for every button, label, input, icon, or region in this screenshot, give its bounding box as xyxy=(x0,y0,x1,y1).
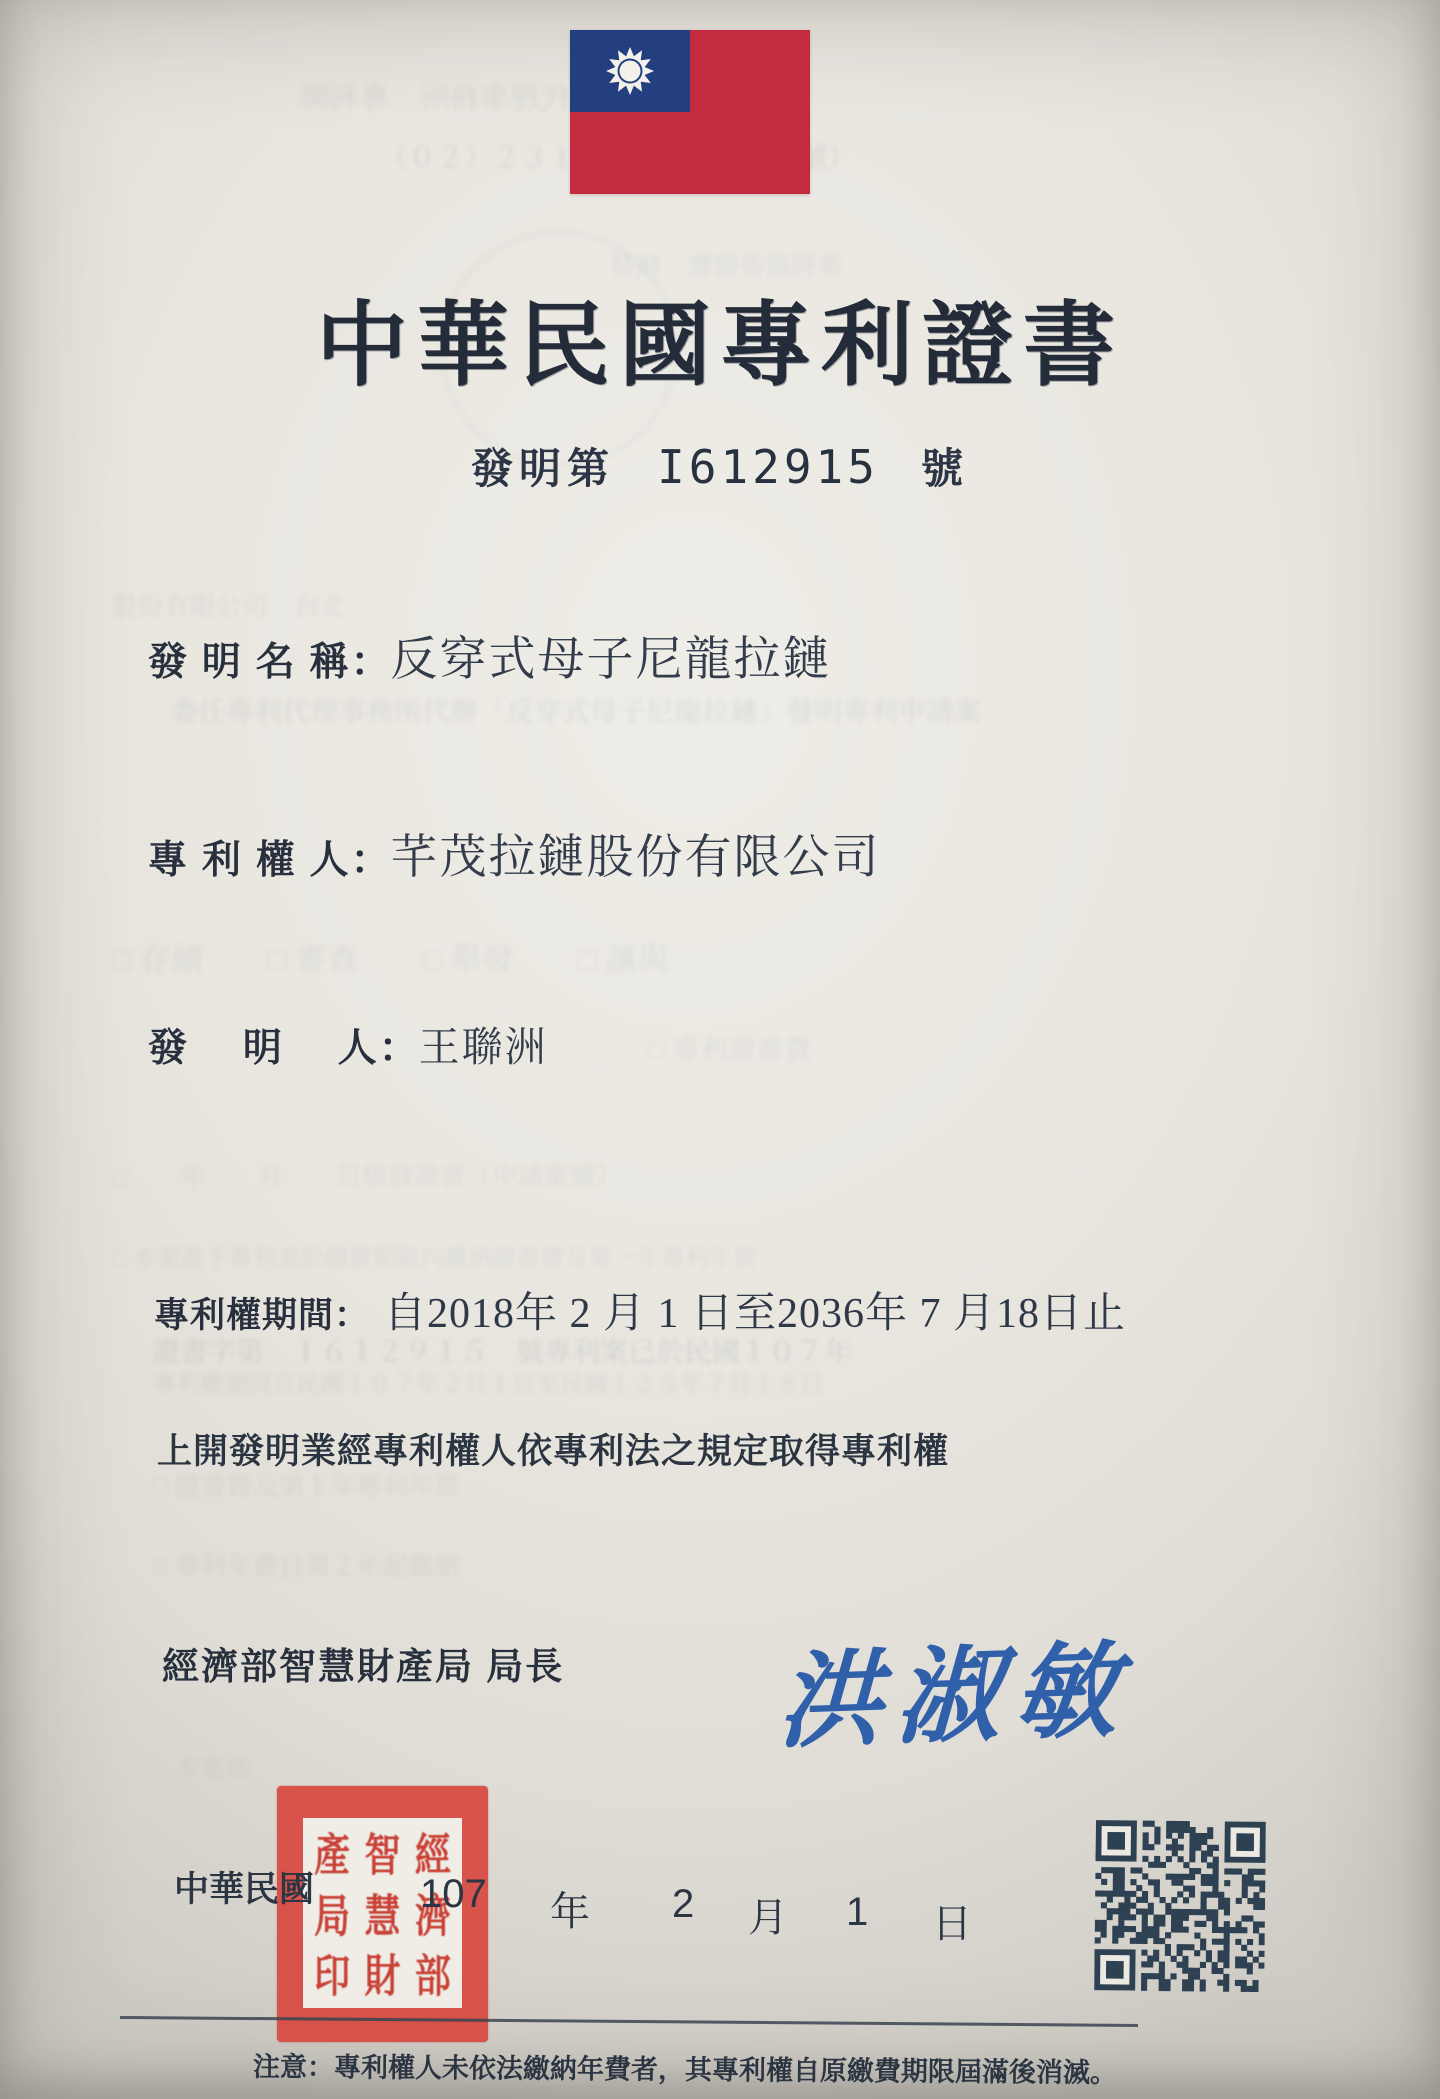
date-day: 1 xyxy=(846,1890,868,1935)
seal-character: 財 xyxy=(357,1936,407,2012)
white-sun-icon xyxy=(570,30,690,112)
bleedthrough-text: 委任專利代理事務所代辦「反穿式母子尼龍拉鏈」發明專利申請案 xyxy=(170,690,982,730)
bleedthrough-text: 專利權期間自民國１０７年２月１日至民國１２５年７月１８日 xyxy=(152,1364,824,1399)
patent-holder-label: 專 利 權 人 xyxy=(148,839,351,882)
issuer-agency-title: 經濟部智慧財產局 局長 xyxy=(162,1636,564,1690)
invention-name-label: 發 明 名 稱 xyxy=(148,641,351,684)
field-inventor: 發 明 人：王聯洲 xyxy=(148,1014,548,1073)
separator: ： xyxy=(351,639,391,684)
date-year-unit: 年 xyxy=(550,1880,590,1937)
seal-character: 印 xyxy=(307,1936,357,2012)
patent-term-value: 自2018年 2 月 1 日至2036年 7 月18日止 xyxy=(384,1291,1126,1337)
certificate-title: 中華民國專利證書 xyxy=(0,272,1440,404)
field-invention-name: 發 明 名 稱：反穿式母子尼龍拉鏈 xyxy=(148,622,832,689)
patent-number: I612915 xyxy=(657,440,879,494)
director-general-signature: 洪淑敏 xyxy=(775,1606,1134,1769)
field-patent-holder: 專 利 權 人：芊茂拉鏈股份有限公司 xyxy=(148,820,881,887)
qr-code xyxy=(1094,1819,1266,1993)
date-day-unit: 日 xyxy=(932,1892,972,1949)
bleedthrough-text: □ 本案准予專利並於繳費期限內繳納證書費及第一年專利年費 xyxy=(112,1238,757,1273)
taiwan-flag xyxy=(570,30,810,194)
patent-type-label: 發明第 xyxy=(471,436,615,496)
date-year: 107 xyxy=(420,1872,487,1917)
footer-note: 注意：專利權人未依法繳納年費者，其專利權自原繳費期限屆滿後消滅。 xyxy=(253,2045,1153,2090)
bleedthrough-text: □ 專利證書費 xyxy=(648,1028,812,1068)
date-era: 中華民國 xyxy=(174,1862,314,1912)
invention-name-value: 反穿式母子尼龍拉鏈 xyxy=(391,634,832,686)
bleedthrough-text: □ 本案係 xyxy=(152,1748,252,1785)
separator: ： xyxy=(351,837,391,882)
patent-number-suffix: 號 xyxy=(921,436,969,496)
inventor-value: 王聯洲 xyxy=(419,1024,548,1070)
date-month: 2 xyxy=(672,1882,694,1927)
patent-term-label: 專利權期間： xyxy=(154,1296,370,1335)
grant-statement: 上開發明業經專利權人依專利法之規定取得專利權 xyxy=(157,1424,949,1474)
footer-divider xyxy=(120,2016,1138,2027)
date-month-unit: 月 xyxy=(748,1886,788,1943)
separator: ： xyxy=(379,1025,419,1070)
bleedthrough-text: 股份有限公司 台北 xyxy=(112,586,346,623)
bleedthrough-text: □ 專利年費自第２年起繳納 xyxy=(152,1546,460,1583)
bleedthrough-text: □ 年 月 日核發證書（申請案號） xyxy=(112,1156,622,1193)
seal-character: 部 xyxy=(408,1936,458,2012)
patent-certificate-scan: 專利商標代理事務所 專利師２號２樓之４（０２）２３１１１１１６（代表號）專利證書… xyxy=(0,0,1440,2099)
patent-number-line: 發明第 I612915 號 xyxy=(0,436,1440,496)
field-patent-term: 專利權期間：自2018年 2 月 1 日至2036年 7 月18日止 xyxy=(154,1280,1126,1340)
patent-holder-value: 芊茂拉鏈股份有限公司 xyxy=(391,832,881,884)
inventor-label: 發 明 人 xyxy=(148,1027,379,1070)
bleedthrough-text: □ 存續 □ 審查 □ 舉發 □ 讓與 xyxy=(112,934,669,980)
